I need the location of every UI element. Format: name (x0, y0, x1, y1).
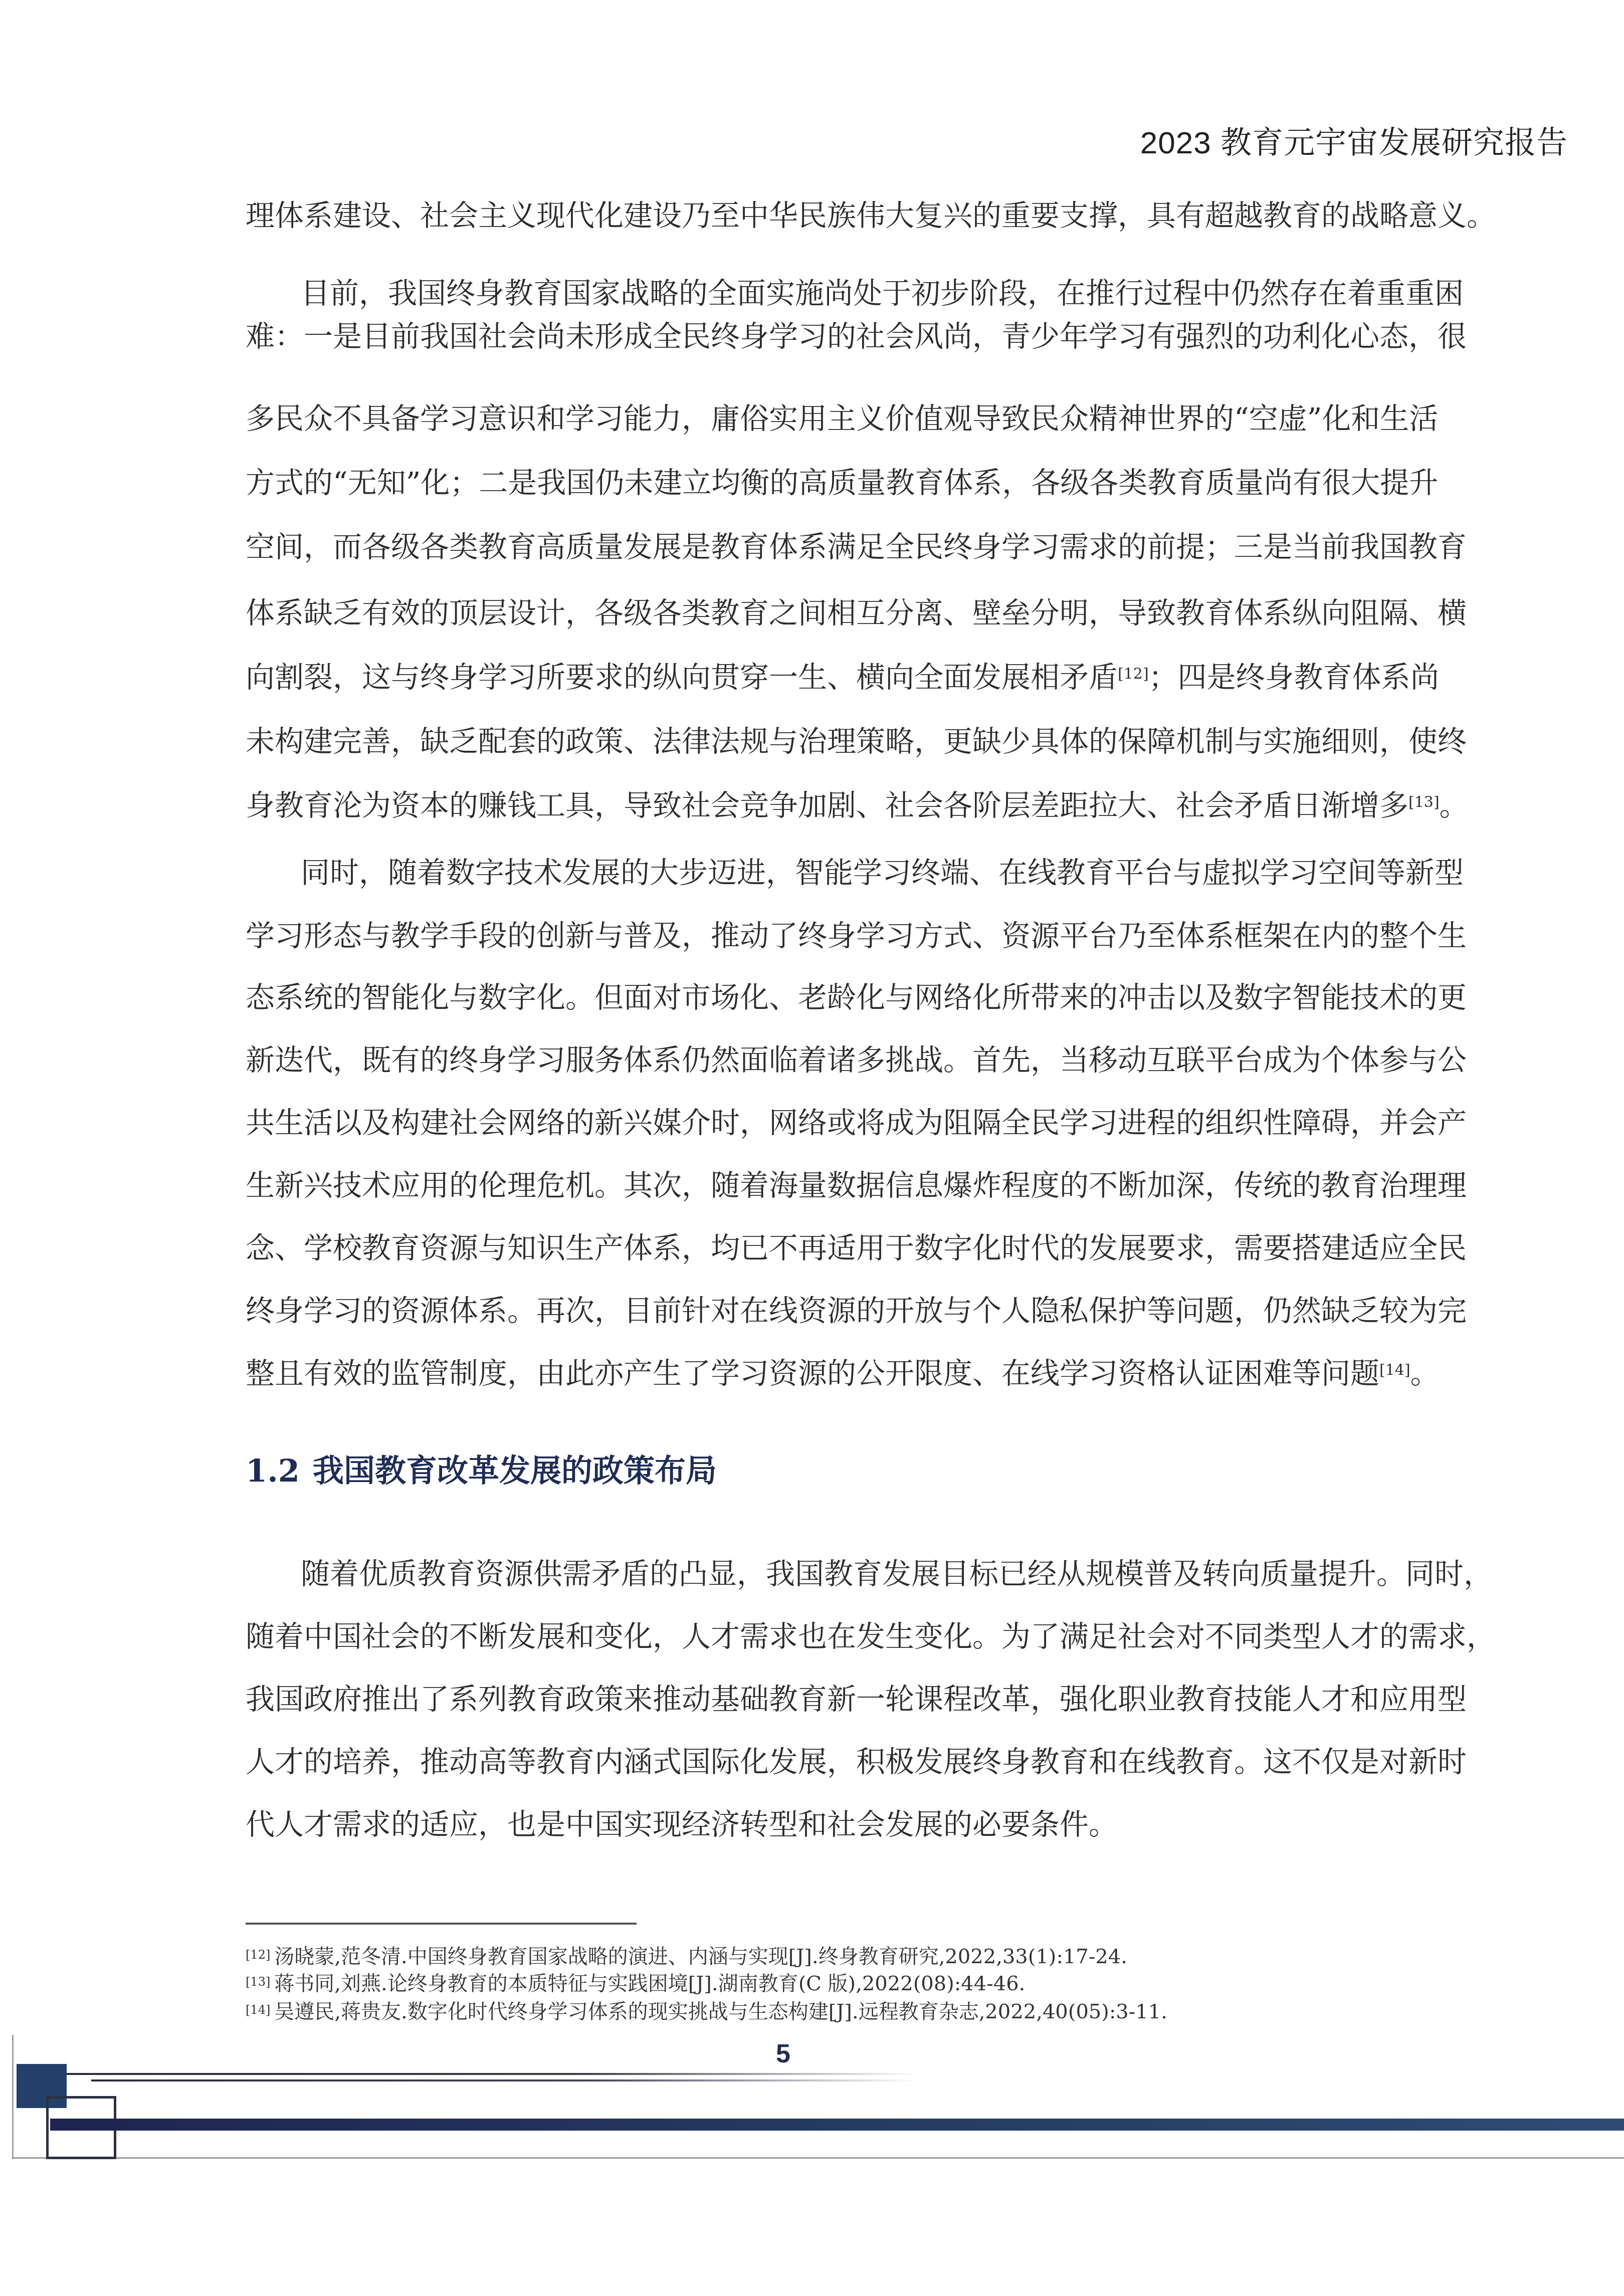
thin-line-lower (91, 2079, 918, 2081)
body-line: 学习形态与教学手段的创新与普及，推动了终身学习方式、资源平台乃至体系框架在内的整… (246, 918, 1377, 953)
navy-bar (50, 2119, 1624, 2131)
body-line: 目前，我国终身教育国家战略的全面实施尚处于初步阶段，在推行过程中仍然存在着重重困 (301, 276, 1377, 311)
body-line: 态系统的智能化与数字化。但面对市场化、老龄化与网络化所带来的冲击以及数字智能技术… (246, 980, 1377, 1015)
body-line: 多民众不具备学习意识和学习能力，庸俗实用主义价值观导致民众精神世界的“空虚”化和… (246, 401, 1377, 436)
frame-vertical-line (12, 2035, 14, 2159)
body-line: 人才的培养，推动高等教育内涵式国际化发展，积极发展终身教育和在线教育。这不仅是对… (246, 1744, 1377, 1779)
frame-horizontal-line (12, 2157, 1624, 2159)
body-line: 体系缺乏有效的顶层设计，各级各类教育之间相互分离、壁垒分明，导致教育体系纵向阻隔… (246, 595, 1377, 631)
body-line: 难：一是目前我国社会尚未形成全民终身学习的社会风尚，青少年学习有强烈的功利化心态… (246, 319, 1377, 354)
citation-ref[interactable]: [14] (1379, 1361, 1410, 1379)
footnote-ref: [14] (246, 2003, 270, 2017)
body-line: 同时，随着数字技术发展的大步迈进，智能学习终端、在线教育平台与虚拟学习空间等新型 (301, 855, 1377, 890)
footnote-divider (246, 1923, 637, 1925)
citation-ref[interactable]: [12] (1118, 665, 1149, 683)
footnote-item: [12]汤晓蒙,范冬清.中国终身教育国家战略的演进、内涵与实现[J].终身教育研… (246, 1945, 1127, 1969)
body-line: 整且有效的监管制度，由此亦产生了学习资源的公开限度、在线学习资格认证困难等问题[… (246, 1356, 1377, 1391)
body-line: 共生活以及构建社会网络的新兴媒介时，网络或将成为阻隔全民学习进程的组织性障碍，并… (246, 1105, 1377, 1140)
citation-ref[interactable]: [13] (1408, 793, 1440, 811)
body-line: 方式的“无知”化；二是我国仍未建立均衡的高质量教育体系，各级各类教育质量尚有很大… (246, 465, 1377, 500)
footnote-ref: [13] (246, 1975, 270, 1989)
body-line: 新迭代，既有的终身学习服务体系仍然面临着诸多挑战。首先，当移动互联平台成为个体参… (246, 1042, 1377, 1078)
body-line: 空间，而各级各类教育高质量发展是教育体系满足全民终身学习需求的前提；三是当前我国… (246, 529, 1377, 564)
body-line: 代人才需求的适应，也是中国实现经济转型和社会发展的必要条件。 (246, 1807, 1377, 1842)
body-line: 念、学校教育资源与知识生产体系，均已不再适用于数字化时代的发展要求，需要搭建适应… (246, 1230, 1377, 1266)
body-line: 理体系建设、社会主义现代化建设乃至中华民族伟大复兴的重要支撑，具有超越教育的战略… (246, 198, 1377, 233)
report-header-title: 2023 教育元宇宙发展研究报告 (1140, 118, 1568, 162)
body-line: 身教育沦为资本的赚钱工具，导致社会竞争加剧、社会各阶层差距拉大、社会矛盾日渐增多… (246, 788, 1377, 823)
section-number: 1.2 (246, 1452, 300, 1489)
body-line: 生新兴技术应用的伦理危机。其次，随着海量数据信息爆炸程度的不断加深，传统的教育治… (246, 1168, 1377, 1203)
footnote-item: [13]蒋书同,刘燕.论终身教育的本质特征与实践困境[J].湖南教育(C 版),… (246, 1972, 1025, 1996)
body-line: 随着中国社会的不断发展和变化，人才需求也在发生变化。为了满足社会对不同类型人才的… (246, 1619, 1377, 1654)
body-line: 我国政府推出了系列教育政策来推动基础教育新一轮课程改革，强化职业教育技能人才和应… (246, 1682, 1377, 1717)
section-title: 我国教育改革发展的政策布局 (313, 1452, 717, 1489)
body-line: 向割裂，这与终身学习所要求的纵向贯穿一生、横向全面发展相矛盾[12]；四是终身教… (246, 660, 1377, 695)
footnote-item: [14]吴遵民,蒋贵友.数字化时代终身学习体系的现实挑战与生态构建[J].远程教… (246, 2000, 1167, 2024)
thin-line-upper (67, 2073, 919, 2075)
body-line: 未构建完善，缺乏配套的政策、法律法规与治理策略，更缺少具体的保障机制与实施细则，… (246, 724, 1377, 759)
body-line: 随着优质教育资源供需矛盾的凸显，我国教育发展目标已经从规模普及转向质量提升。同时… (301, 1556, 1377, 1591)
body-line: 终身学习的资源体系。再次，目前针对在线资源的开放与个人隐私保护等问题，仍然缺乏较… (246, 1293, 1377, 1328)
section-heading: 1.2我国教育改革发展的政策布局 (246, 1446, 717, 1491)
page-number: 5 (776, 2039, 790, 2069)
footnote-ref: [12] (246, 1948, 270, 1962)
